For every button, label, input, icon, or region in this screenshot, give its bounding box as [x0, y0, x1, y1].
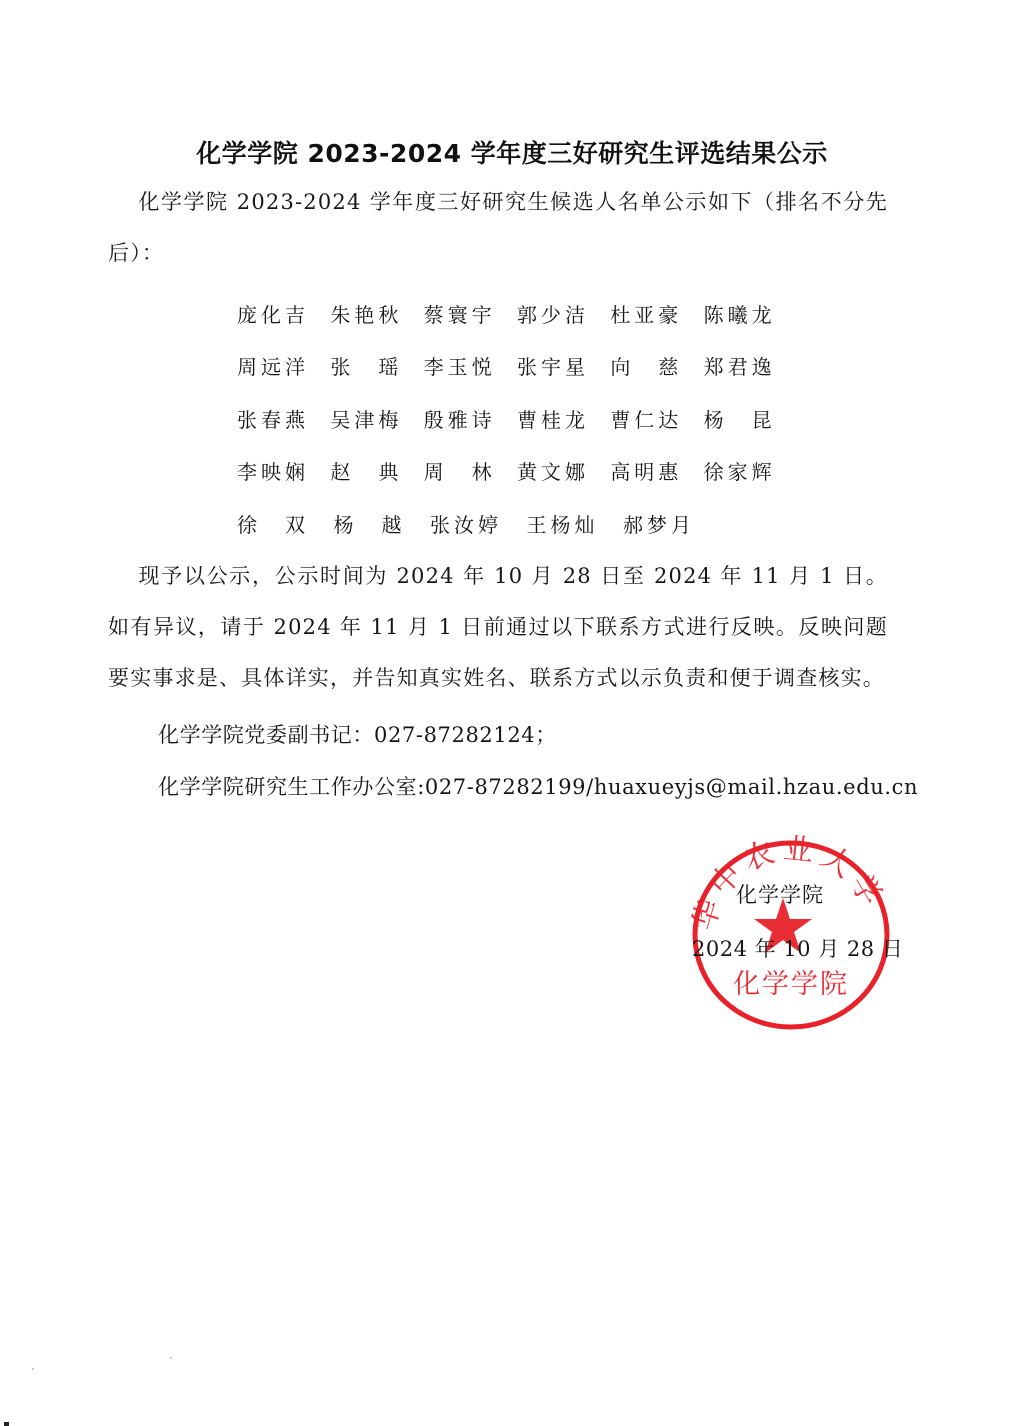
candidate-name: 黄文娜	[517, 456, 610, 485]
document-page: 化学学院 2023-2024 学年度三好研究生评选结果公示 化学学院 2023-…	[0, 0, 1024, 1426]
signature-organization: 化学学院	[736, 879, 824, 909]
candidate-name: 殷雅诗	[424, 404, 517, 433]
candidate-name: 郑君逸	[704, 351, 797, 380]
candidate-name: 赵 典	[330, 456, 423, 485]
intro-paragraph: 化学学院 2023-2024 学年度三好研究生候选人名单公示如下（排名不分先后）…	[108, 177, 888, 279]
contact-party-secretary: 化学学院党委副书记：027-87282124；	[158, 719, 557, 749]
candidate-name: 王杨灿	[527, 509, 624, 538]
name-row: 徐 双 杨 越 张汝婷 王杨灿 郝梦月	[237, 497, 797, 550]
candidate-name: 杜亚豪	[610, 299, 703, 328]
seal-center-text: 化学学院	[733, 969, 849, 1000]
name-row: 张春燕 吴津梅 殷雅诗 曹桂龙 曹仁达 杨 昆	[237, 392, 797, 445]
candidate-name: 杨 越	[334, 509, 431, 538]
intro-text: 化学学院 2023-2024 学年度三好研究生候选人名单公示如下（排名不分先后）…	[108, 190, 888, 265]
candidate-name: 张汝婷	[430, 509, 527, 538]
candidate-name: 杨 昆	[704, 404, 797, 433]
candidate-name: 朱艳秋	[330, 299, 423, 328]
signature-date: 2024 年 10 月 28 日	[692, 933, 903, 963]
candidate-name: 张宇星	[517, 351, 610, 380]
contact-graduate-office: 化学学院研究生工作办公室:027-87282199/huaxueyjs@mail…	[158, 771, 918, 801]
candidate-name: 周远洋	[237, 351, 330, 380]
scan-speck	[4, 1422, 9, 1426]
candidate-name: 徐 双	[237, 509, 334, 538]
candidate-name: 李玉悦	[424, 351, 517, 380]
candidate-name: 李映娴	[237, 456, 330, 485]
candidate-name-list: 庞化吉 朱艳秋 蔡寰宇 郭少洁 杜亚豪 陈曦龙 周远洋 张 瑶 李玉悦 张宇星 …	[237, 287, 797, 550]
scan-speck	[32, 1368, 34, 1370]
name-row: 李映娴 赵 典 周 林 黄文娜 高明惠 徐家辉	[237, 445, 797, 498]
candidate-name: 郭少洁	[517, 299, 610, 328]
candidate-name: 向 慈	[610, 351, 703, 380]
candidate-name: 周 林	[424, 456, 517, 485]
candidate-name: 高明惠	[610, 456, 703, 485]
candidate-name: 徐家辉	[704, 456, 797, 485]
notice-paragraph: 现予以公示，公示时间为 2024 年 10 月 28 日至 2024 年 11 …	[108, 551, 888, 704]
candidate-name: 曹仁达	[610, 404, 703, 433]
page-title: 化学学院 2023-2024 学年度三好研究生评选结果公示	[0, 134, 1024, 170]
name-row: 周远洋 张 瑶 李玉悦 张宇星 向 慈 郑君逸	[237, 340, 797, 393]
candidate-name: 张春燕	[237, 404, 330, 433]
candidate-name: 郝梦月	[623, 509, 720, 538]
candidate-name: 吴津梅	[330, 404, 423, 433]
name-row: 庞化吉 朱艳秋 蔡寰宇 郭少洁 杜亚豪 陈曦龙	[237, 287, 797, 340]
candidate-name: 蔡寰宇	[424, 299, 517, 328]
candidate-name: 庞化吉	[237, 299, 330, 328]
candidate-name: 张 瑶	[330, 351, 423, 380]
scan-speck	[170, 1357, 172, 1359]
notice-text: 现予以公示，公示时间为 2024 年 10 月 28 日至 2024 年 11 …	[108, 564, 888, 690]
candidate-name: 陈曦龙	[704, 299, 797, 328]
candidate-name: 曹桂龙	[517, 404, 610, 433]
